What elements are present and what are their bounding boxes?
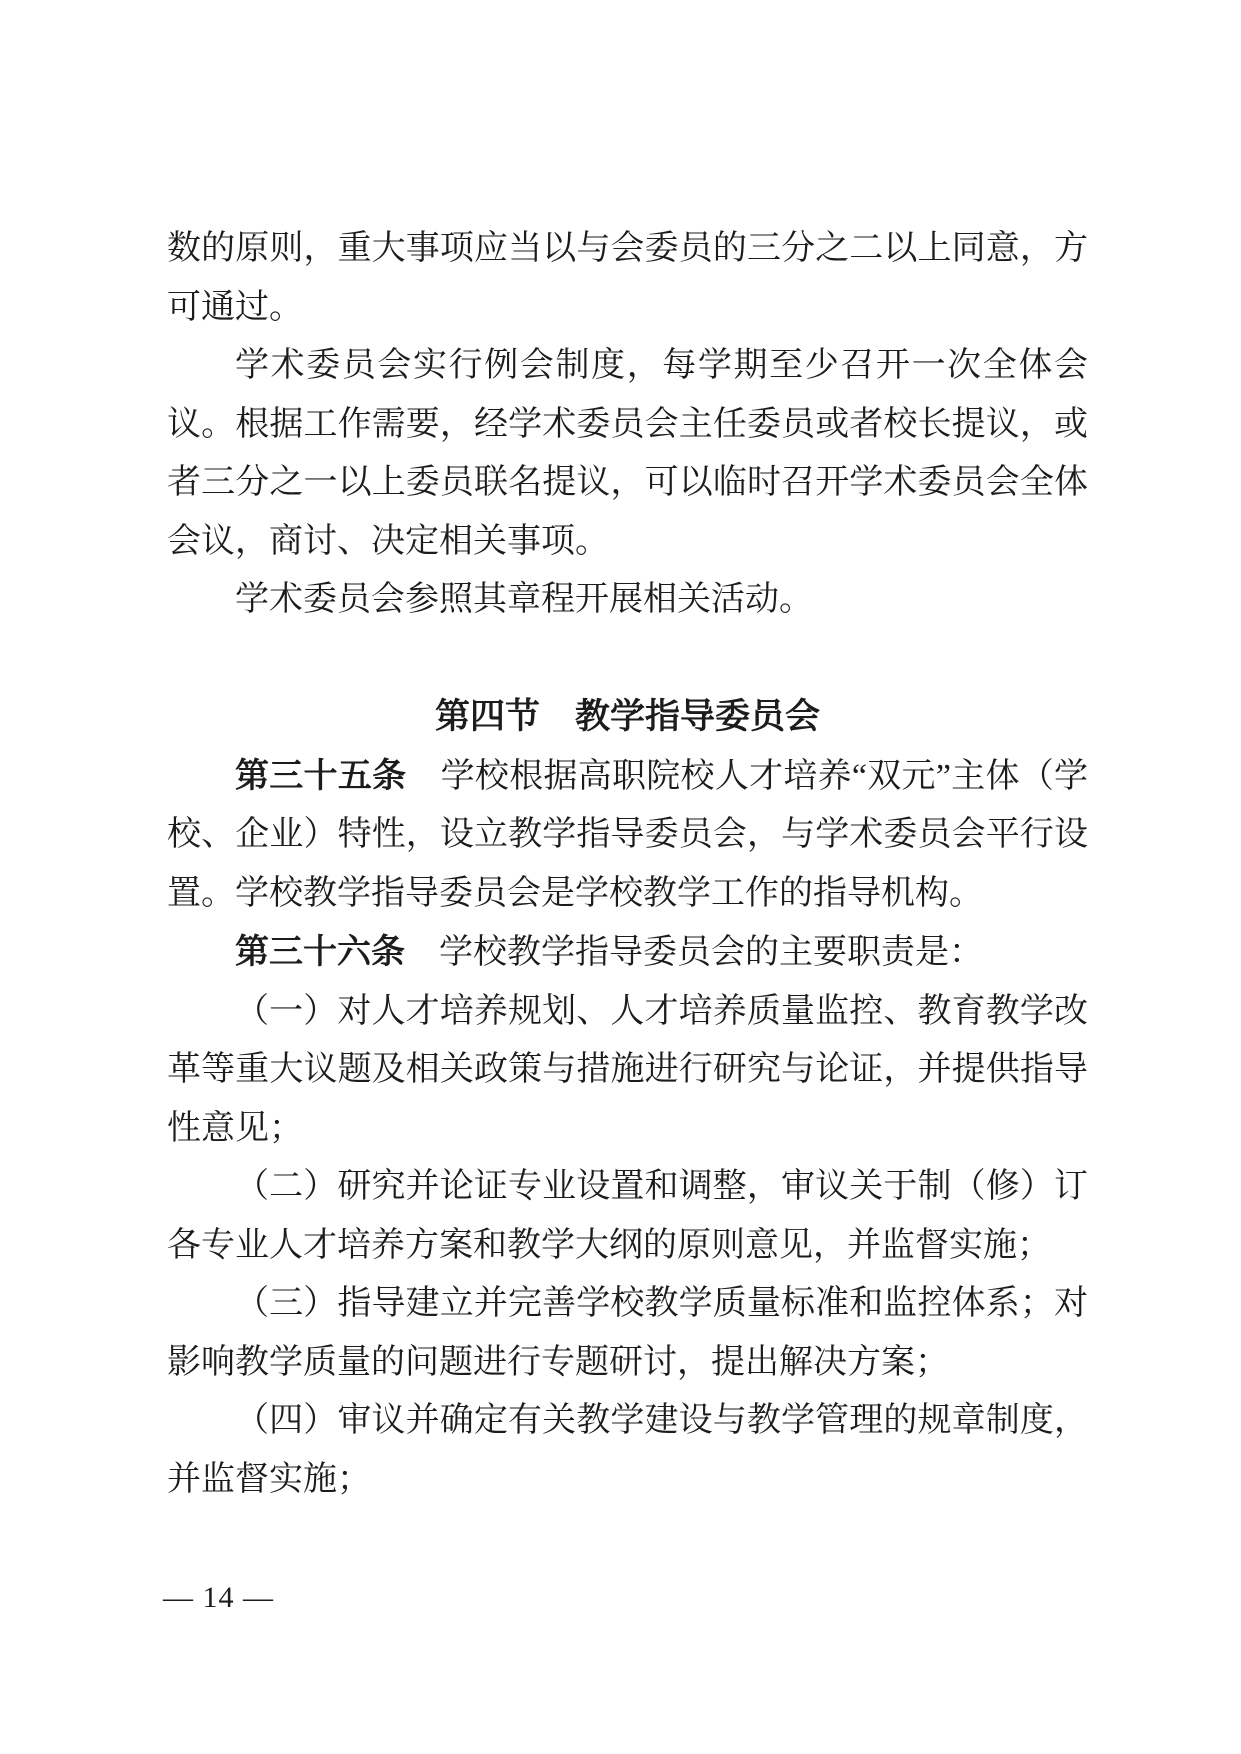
paragraph: 第三十六条 学校教学指导委员会的主要职责是： (167, 923, 1088, 983)
section-heading-text: 第四节 教学指导委员会 (435, 697, 820, 736)
text-run: （三）指导建立并完善学校教学质量标准和监控体系；对影响教学质量的问题进行专题研讨… (167, 1285, 1088, 1381)
article-number: 第三十六条 (235, 933, 405, 971)
text-run: 学校教学指导委员会的主要职责是： (405, 934, 983, 971)
paragraph: （一）对人才培养规划、人才培养质量监控、教育教学改革等重大议题及相关政策与措施进… (167, 983, 1088, 1159)
text-run: 数的原则，重大事项应当以与会委员的三分之二以上同意，方可通过。 (167, 230, 1088, 326)
document-body: 数的原则，重大事项应当以与会委员的三分之二以上同意，方可通过。学术委员会实行例会… (167, 220, 1088, 1509)
section-heading: 第四节 教学指导委员会 (167, 688, 1088, 747)
paragraph: 学术委员会实行例会制度，每学期至少召开一次全体会议。根据工作需要，经学术委员会主… (167, 337, 1088, 571)
paragraph: （三）指导建立并完善学校教学质量标准和监控体系；对影响教学质量的问题进行专题研讨… (167, 1275, 1088, 1392)
article-number: 第三十五条 (235, 757, 406, 795)
text-run: （二）研究并论证专业设置和调整，审议关于制（修）订各专业人才培养方案和教学大纲的… (167, 1168, 1088, 1264)
paragraph: 数的原则，重大事项应当以与会委员的三分之二以上同意，方可通过。 (167, 220, 1088, 337)
text-run: （四）审议并确定有关教学建设与教学管理的规章制度，并监督实施； (167, 1402, 1088, 1498)
page-footer: — 14 — (163, 1580, 274, 1616)
paragraph: （二）研究并论证专业设置和调整，审议关于制（修）订各专业人才培养方案和教学大纲的… (167, 1158, 1088, 1275)
page-number: — 14 — (163, 1581, 274, 1614)
document-page: 数的原则，重大事项应当以与会委员的三分之二以上同意，方可通过。学术委员会实行例会… (0, 0, 1241, 1754)
paragraph: 第三十五条 学校根据高职院校人才培养“双元”主体（学校、企业）特性，设立教学指导… (167, 747, 1088, 924)
paragraph: 学术委员会参照其章程开展相关活动。 (167, 571, 1088, 630)
text-run: （一）对人才培养规划、人才培养质量监控、教育教学改革等重大议题及相关政策与措施进… (167, 993, 1088, 1147)
paragraph: （四）审议并确定有关教学建设与教学管理的规章制度，并监督实施； (167, 1392, 1088, 1509)
text-run: 学术委员会参照其章程开展相关活动。 (235, 581, 813, 618)
text-run: 学术委员会实行例会制度，每学期至少召开一次全体会议。根据工作需要，经学术委员会主… (167, 347, 1088, 560)
